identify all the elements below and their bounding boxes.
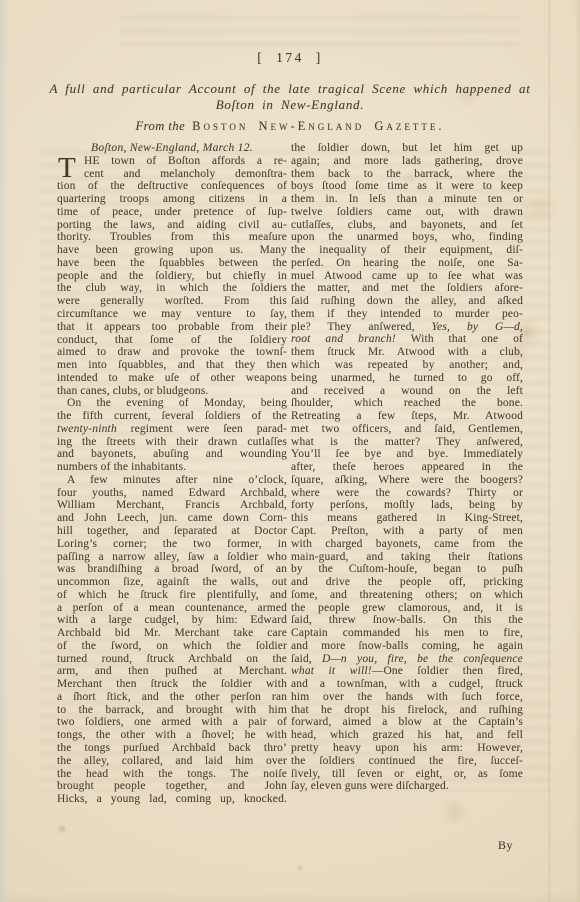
text-line: ſaid ruſhing down the alley, and aſked (291, 295, 523, 308)
text-line: Archbald bid Mr. Merchant take care (57, 627, 287, 640)
text-line: thority. Troubles from this meaſure (57, 231, 287, 244)
text-line: head, which grazed his hat, and fell (291, 729, 523, 742)
text-line: a ſhort ſtick, and the other perſon ran (57, 691, 287, 704)
text-line: the club way, in which the ſoldiers (57, 282, 287, 295)
text-line: Capt. Preſton, with a party of men (291, 525, 523, 538)
text-line: and John Leech, jun. came down Corn- (57, 512, 287, 525)
text-line: arm, and then puſhed at Merchant. (57, 665, 287, 678)
text-line: ing the ſtreets with their drawn cutlaſſ… (57, 436, 287, 449)
text-line: conduct, that ſome of the ſoldiery (57, 334, 287, 347)
text-line: what is the matter? They anſwered, (291, 436, 523, 449)
text-line: which was repeated by another; and, (291, 359, 523, 372)
text-line: two ſoldiers, one armed with a pair of (57, 716, 287, 729)
text-line: a perſon of a mean countenance, armed (57, 602, 287, 615)
text-line: people and the ſoldiery, but chiefly in (57, 270, 287, 283)
column-left: Boſton, New-England, March 12. THE town … (57, 142, 287, 806)
text-line: that he dropt his firelock, and ruſhing (291, 704, 523, 717)
text-line: forward, aimed a blow at the Captain’s (291, 716, 523, 729)
text-line: aimed to draw and provoke the townſ- (57, 346, 287, 359)
text-line: ſively, till ſeven or eight, or, as ſome (291, 768, 523, 781)
drop-cap: T (58, 156, 76, 180)
text-line: root and branch! With that one of (291, 333, 523, 346)
text-line: turned round, ſtruck Archbald on the (57, 653, 287, 666)
text-line: hill together, and ſeparated at Doctor (57, 525, 287, 538)
text-line: ſhoulder, which reached the bone. (291, 397, 523, 410)
text-line: the people grew clamorous, and, it is (291, 602, 523, 615)
text-line: cutlaſſes, clubs, and bayonets, and ſet (291, 219, 523, 232)
text-line: with charged bayonets, came from the (291, 538, 523, 551)
text-line: the head with the tongs. The noiſe (57, 768, 287, 781)
text-line: of which he ſtruck fire plentifully, and (57, 589, 287, 602)
text-line: ſquare, aſking, Where were the boogers? (291, 474, 523, 487)
text-line: porting the laws, and aiding civil au- (57, 219, 287, 232)
paragraph: THE town of Boſton affords a re-cent and… (57, 155, 287, 398)
dateline: Boſton, New-England, March 12. (57, 142, 287, 155)
text-line: have been the ſquabbles between the (57, 257, 287, 270)
source-prefix: From the (135, 119, 185, 133)
text-line: by the Cuſtom-houſe, began to puſh (291, 563, 523, 576)
text-line: what it will!—One ſoldier then fired, (291, 665, 523, 678)
paragraph: A few minutes after nine o’clock,four yo… (57, 474, 287, 806)
text-line: William Merchant, Francis Archbald, (57, 499, 287, 512)
masthead: [ 174 ] A full and particular Account of… (0, 50, 580, 134)
source-line: From theBoston New-England Gazette. (0, 119, 580, 134)
text-line: and drive the people off, pricking (291, 576, 523, 589)
text-line: Captain commanded his men to fire, (291, 627, 523, 640)
text-line: intended to make uſe of other weapons (57, 372, 287, 385)
text-line: ple? They anſwered, Yes, by G—d, (291, 321, 523, 334)
text-line: twelve ſoldiers came out, with drawn (291, 206, 523, 219)
text-line: and bayonets, abuſing and wounding (57, 448, 287, 461)
text-line: met two officers, and ſaid, Gentlemen, (291, 423, 523, 436)
text-line: ſaid, D—n you, fire, be the conſequence (291, 653, 523, 666)
text-line: them in. In leſs than a minute ten or (291, 193, 523, 206)
text-line: this means gathered in King-Street, (291, 512, 523, 525)
article-title-line-1: A full and particular Account of the lat… (0, 81, 580, 97)
text-line: pretty heavy upon his arm: However, (291, 742, 523, 755)
text-line: than canes, clubs, or bludgeons. (57, 385, 287, 398)
text-line: main-guard, and taking their ſtations (291, 551, 523, 564)
text-line: time of peace, under pretence of ſup- (57, 206, 287, 219)
text-line: and a townſman, with a cudgel, ſtruck (291, 678, 523, 691)
text-line: You’ll ſee bye and bye. Immediately (291, 448, 523, 461)
text-line: the fifth current, ſeveral ſoldiers of t… (57, 410, 287, 423)
text-line: them if they intended to murder peo- (291, 308, 523, 321)
text-line: ſay, eleven guns were diſcharged. (291, 780, 523, 793)
paragraph: On the evening of Monday, beingthe fifth… (57, 397, 287, 474)
text-line: the inequality of their equipment, diſ- (291, 244, 523, 257)
text-line: ſome, and threatening others; on which (291, 589, 523, 602)
article-title: A full and particular Account of the lat… (0, 81, 580, 113)
text-line: that it appears too probable from their (57, 321, 287, 334)
text-line: was brandiſhing a broad ſword, of an (57, 563, 287, 576)
text-line: paſſing a narrow alley, ſaw a ſoldier wh… (57, 551, 287, 564)
text-line: upon the unarmed boys, who, finding (291, 231, 523, 244)
text-line: were generally worſted. From this (57, 295, 287, 308)
text-line: circumſtance we may venture to ſay, (57, 308, 287, 321)
text-line: the ſoldiers continued the fire, ſucceſ- (291, 755, 523, 768)
text-line: the ſoldier down, but let him get up (291, 142, 523, 155)
text-line: tongs, the other with a ſhovel; he with (57, 729, 287, 742)
text-line: quartering troops among citizens in a (57, 193, 287, 206)
text-line: uncommon ſize, againſt the walls, out (57, 576, 287, 589)
text-line: ſaid, threw ſnow-balls. On this the (291, 614, 523, 627)
paragraph: the ſoldier down, but let him get upagai… (291, 142, 523, 793)
text-line: Merchant then ſtruck the ſoldier with (57, 678, 287, 691)
text-line: brought people together, and John (57, 780, 287, 793)
text-line: him over the hands with ſuch force, (291, 691, 523, 704)
text-line: after, theſe heroes appeared in the (291, 461, 523, 474)
text-line: Retreating a few ſteps, Mr. Atwood (291, 410, 523, 423)
text-line: where were the cowards? Thirty or (291, 487, 523, 500)
text-line: A few minutes after nine o’clock, (57, 474, 287, 487)
text-line: muel Atwood came up to ſee what was (291, 270, 523, 283)
text-line: them ſtruck Mr. Atwood with a club, (291, 346, 523, 359)
text-line: the tongs purſued Archbald back thro’ (57, 742, 287, 755)
text-line: Hicks, a young lad, coming up, knocked. (57, 793, 287, 806)
text-line: and more ſnow-balls coming, he again (291, 640, 523, 653)
text-line: perſed. On hearing the noiſe, one Sa- (291, 257, 523, 270)
text-line: four youths, named Edward Archbald, (57, 487, 287, 500)
text-line: to the barrack, and brought with him (57, 704, 287, 717)
text-line: men into ſquabbles, and that they then (57, 359, 287, 372)
text-line: have been growing upon us. Many (57, 244, 287, 257)
text-line: forty perſons, moſtly lads, being by (291, 499, 523, 512)
text-line: boys ſtood ſome time as it were to keep (291, 180, 523, 193)
text-line: and received a wound on the left (291, 385, 523, 398)
text-line: tion of the deſtructive conſequences of (57, 180, 287, 193)
text-line: of the ſword, on which the ſoldier (57, 640, 287, 653)
text-line: them back to the barrack, where the (291, 168, 523, 181)
text-line: numbers of the inhabitants. (57, 461, 287, 474)
text-line: cent and melancholy demonſtra- (84, 168, 287, 181)
column-right: the ſoldier down, but let him get upagai… (291, 142, 523, 793)
page-number: [ 174 ] (0, 50, 580, 66)
text-line: being unarmed, he turned to go off, (291, 372, 523, 385)
catchword: By (291, 838, 523, 853)
text-line: HE town of Boſton affords a re- (84, 155, 287, 168)
source-name: Boston New-England Gazette. (192, 119, 444, 133)
text-line: twenty-ninth regiment were ſeen parad- (57, 423, 287, 436)
text-line: with a large cudgel, by him: Edward (57, 614, 287, 627)
text-line: again; and more lads gathering, drove (291, 155, 523, 168)
text-line: the matter, and met the ſoldiers afore- (291, 282, 523, 295)
text-line: Loring’s corner; the two former, in (57, 538, 287, 551)
text-line: On the evening of Monday, being (57, 397, 287, 410)
article-title-line-2: Boſton in New-England. (0, 97, 580, 113)
text-line: the alley, collared, and laid him over (57, 755, 287, 768)
